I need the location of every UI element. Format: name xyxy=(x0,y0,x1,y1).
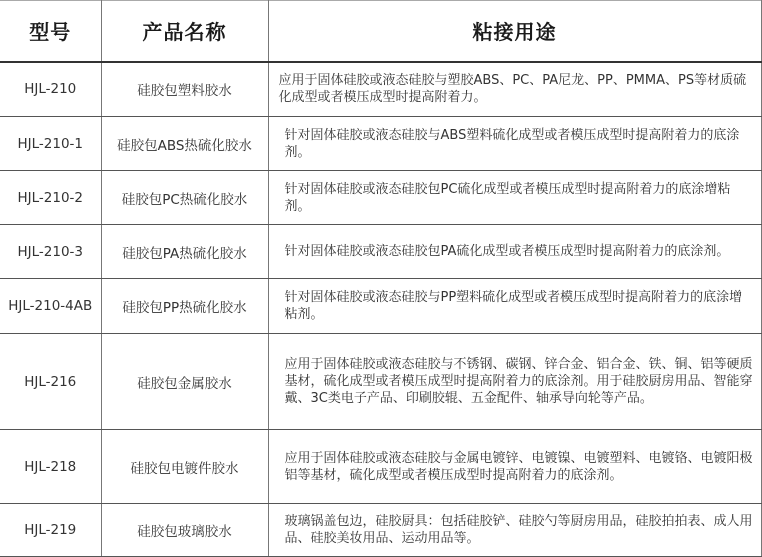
cell-model: HJL-210-2 xyxy=(0,171,101,225)
cell-model: HJL-210-3 xyxy=(0,225,101,279)
cell-bonding-use: 应用于固体硅胶或液态硅胶与不锈钢、碳钢、锌合金、铝合金、铁、铜、铝等硬质基材，硫… xyxy=(268,334,761,430)
cell-bonding-use: 应用于固体硅胶或液态硅胶与塑胶ABS、PC、PA尼龙、PP、PMMA、PS等材质… xyxy=(268,62,761,117)
cell-bonding-use: 针对固体硅胶或液态硅胶包PC硫化成型或者模压成型时提高附着力的底涂增粘剂。 xyxy=(268,171,761,225)
cell-product-name: 硅胶包电镀件胶水 xyxy=(101,430,268,504)
cell-product-name: 硅胶包金属胶水 xyxy=(101,334,268,430)
table-row: HJL-210 硅胶包塑料胶水 应用于固体硅胶或液态硅胶与塑胶ABS、PC、PA… xyxy=(0,62,761,117)
table-row: HJL-210-1 硅胶包ABS热硫化胶水 针对固体硅胶或液态硅胶与ABS塑料硫… xyxy=(0,117,761,171)
product-adhesive-table: 型号 产品名称 粘接用途 HJL-210 硅胶包塑料胶水 应用于固体硅胶或液态硅… xyxy=(0,0,762,556)
cell-model: HJL-210-1 xyxy=(0,117,101,171)
cell-model: HJL-218 xyxy=(0,430,101,504)
cell-product-name: 硅胶包ABS热硫化胶水 xyxy=(101,117,268,171)
cell-bonding-use: 玻璃锅盖包边，硅胶厨具：包括硅胶铲、硅胶勺等厨房用品，硅胶拍拍表、成人用品、硅胶… xyxy=(268,504,761,557)
cell-product-name: 硅胶包PC热硫化胶水 xyxy=(101,171,268,225)
cell-bonding-use: 针对固体硅胶或液态硅胶与ABS塑料硫化成型或者模压成型时提高附着力的底涂剂。 xyxy=(268,117,761,171)
cell-model: HJL-219 xyxy=(0,504,101,557)
table-row: HJL-210-3 硅胶包PA热硫化胶水 针对固体硅胶或液态硅胶包PA硫化成型或… xyxy=(0,225,761,279)
header-bonding-use: 粘接用途 xyxy=(268,1,761,62)
table-body: HJL-210 硅胶包塑料胶水 应用于固体硅胶或液态硅胶与塑胶ABS、PC、PA… xyxy=(0,62,761,557)
cell-model: HJL-210 xyxy=(0,62,101,117)
cell-model: HJL-210-4AB xyxy=(0,279,101,334)
table-row: HJL-210-4AB 硅胶包PP热硫化胶水 针对固体硅胶或液态硅胶与PP塑料硫… xyxy=(0,279,761,334)
table-header: 型号 产品名称 粘接用途 xyxy=(0,1,761,62)
cell-product-name: 硅胶包塑料胶水 xyxy=(101,62,268,117)
cell-model: HJL-216 xyxy=(0,334,101,430)
header-product-name: 产品名称 xyxy=(101,1,268,62)
cell-bonding-use: 针对固体硅胶或液态硅胶包PA硫化成型或者模压成型时提高附着力的底涂剂。 xyxy=(268,225,761,279)
table-row: HJL-210-2 硅胶包PC热硫化胶水 针对固体硅胶或液态硅胶包PC硫化成型或… xyxy=(0,171,761,225)
table-row: HJL-219 硅胶包玻璃胶水 玻璃锅盖包边，硅胶厨具：包括硅胶铲、硅胶勺等厨房… xyxy=(0,504,761,557)
header-model: 型号 xyxy=(0,1,101,62)
cell-product-name: 硅胶包PP热硫化胶水 xyxy=(101,279,268,334)
cell-bonding-use: 应用于固体硅胶或液态硅胶与金属电镀锌、电镀镍、电镀塑料、电镀铬、电镀阳极铝等基材… xyxy=(268,430,761,504)
table-row: HJL-216 硅胶包金属胶水 应用于固体硅胶或液态硅胶与不锈钢、碳钢、锌合金、… xyxy=(0,334,761,430)
table-row: HJL-218 硅胶包电镀件胶水 应用于固体硅胶或液态硅胶与金属电镀锌、电镀镍、… xyxy=(0,430,761,504)
cell-bonding-use: 针对固体硅胶或液态硅胶与PP塑料硫化成型或者模压成型时提高附着力的底涂增粘剂。 xyxy=(268,279,761,334)
cell-product-name: 硅胶包玻璃胶水 xyxy=(101,504,268,557)
cell-product-name: 硅胶包PA热硫化胶水 xyxy=(101,225,268,279)
